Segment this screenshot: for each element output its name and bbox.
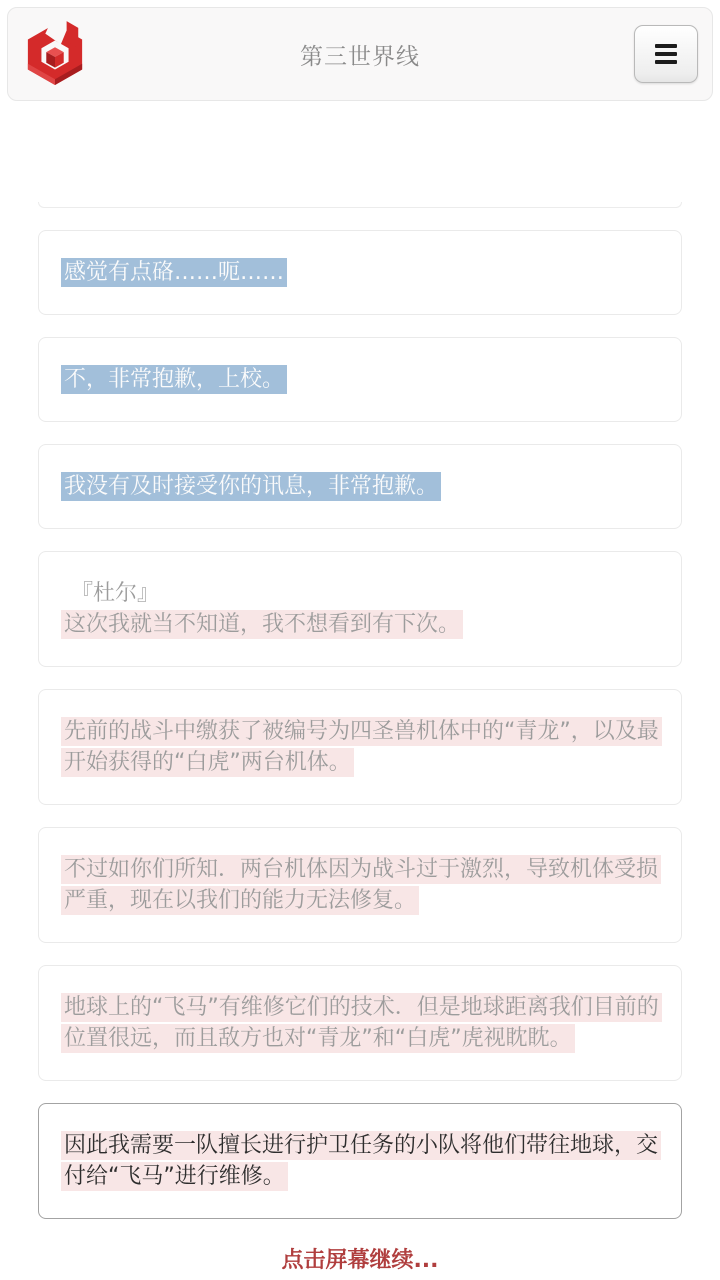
menu-button[interactable] [634, 25, 698, 83]
message-text-highlight: 地球上的“飞马”有维修它们的技术．但是地球距离我们目前的位置很远，而且敌方也对“… [61, 993, 662, 1053]
message-box: 我没有及时接受你的讯息，非常抱歉。 [38, 444, 682, 529]
message-box: 因此我需要一队擅长进行护卫任务的小队将他们带往地球，交付给“飞马”进行维修。 [38, 1103, 682, 1219]
continue-hint[interactable]: 点击屏幕继续... [38, 1243, 682, 1274]
message-text-highlight: 感觉有点硌……呃…… [61, 258, 287, 287]
message-text: 地球上的“飞马”有维修它们的技术．但是地球距离我们目前的位置很远，而且敌方也对“… [61, 992, 659, 1054]
message-text-highlight: 不过如你们所知．两台机体因为战斗过于激烈，导致机体受损严重，现在以我们的能力无法… [61, 855, 661, 915]
message-text: 我没有及时接受你的讯息，非常抱歉。 [61, 471, 659, 502]
message-text-highlight: 不，非常抱歉，上校。 [61, 365, 287, 394]
tap-to-continue-area[interactable]: 感觉有点硌……呃……不，非常抱歉，上校。我没有及时接受你的讯息，非常抱歉。『杜尔… [0, 102, 720, 1280]
message-text: 这次我就当不知道，我不想看到有下次。 [61, 609, 659, 640]
app-window: 第三世界线 感觉有点硌……呃……不，非常抱歉，上校。我没有及时接受你的讯息，非常… [0, 0, 720, 1280]
red-hex-cube-logo-icon [24, 21, 86, 87]
message-text: 感觉有点硌……呃…… [61, 257, 659, 288]
page-title: 第三世界线 [8, 38, 712, 71]
hamburger-icon [655, 44, 677, 64]
dialogue-log: 感觉有点硌……呃……不，非常抱歉，上校。我没有及时接受你的讯息，非常抱歉。『杜尔… [38, 230, 682, 1219]
message-box: 先前的战斗中缴获了被编号为四圣兽机体中的“青龙”，以及最开始获得的“白虎”两台机… [38, 689, 682, 805]
message-text: 先前的战斗中缴获了被编号为四圣兽机体中的“青龙”，以及最开始获得的“白虎”两台机… [61, 716, 659, 778]
message-text: 不，非常抱歉，上校。 [61, 364, 659, 395]
message-box: 地球上的“飞马”有维修它们的技术．但是地球距离我们目前的位置很远，而且敌方也对“… [38, 965, 682, 1081]
message-text-highlight: 先前的战斗中缴获了被编号为四圣兽机体中的“青龙”，以及最开始获得的“白虎”两台机… [61, 717, 662, 777]
app-logo[interactable] [24, 21, 86, 87]
message-text-highlight: 这次我就当不知道，我不想看到有下次。 [61, 610, 463, 639]
message-box: 不，非常抱歉，上校。 [38, 337, 682, 422]
message-text-highlight: 我没有及时接受你的讯息，非常抱歉。 [61, 472, 441, 501]
message-box: 感觉有点硌……呃…… [38, 230, 682, 315]
scrolled-message-fragment [38, 202, 682, 208]
speaker-name: 『杜尔』 [61, 578, 659, 609]
message-text: 因此我需要一队擅长进行护卫任务的小队将他们带往地球，交付给“飞马”进行维修。 [61, 1130, 659, 1192]
header-bar: 第三世界线 [7, 7, 713, 101]
message-box: 『杜尔』这次我就当不知道，我不想看到有下次。 [38, 551, 682, 667]
message-box: 不过如你们所知．两台机体因为战斗过于激烈，导致机体受损严重，现在以我们的能力无法… [38, 827, 682, 943]
message-text: 不过如你们所知．两台机体因为战斗过于激烈，导致机体受损严重，现在以我们的能力无法… [61, 854, 659, 916]
message-text-highlight: 因此我需要一队擅长进行护卫任务的小队将他们带往地球，交付给“飞马”进行维修。 [61, 1131, 661, 1191]
